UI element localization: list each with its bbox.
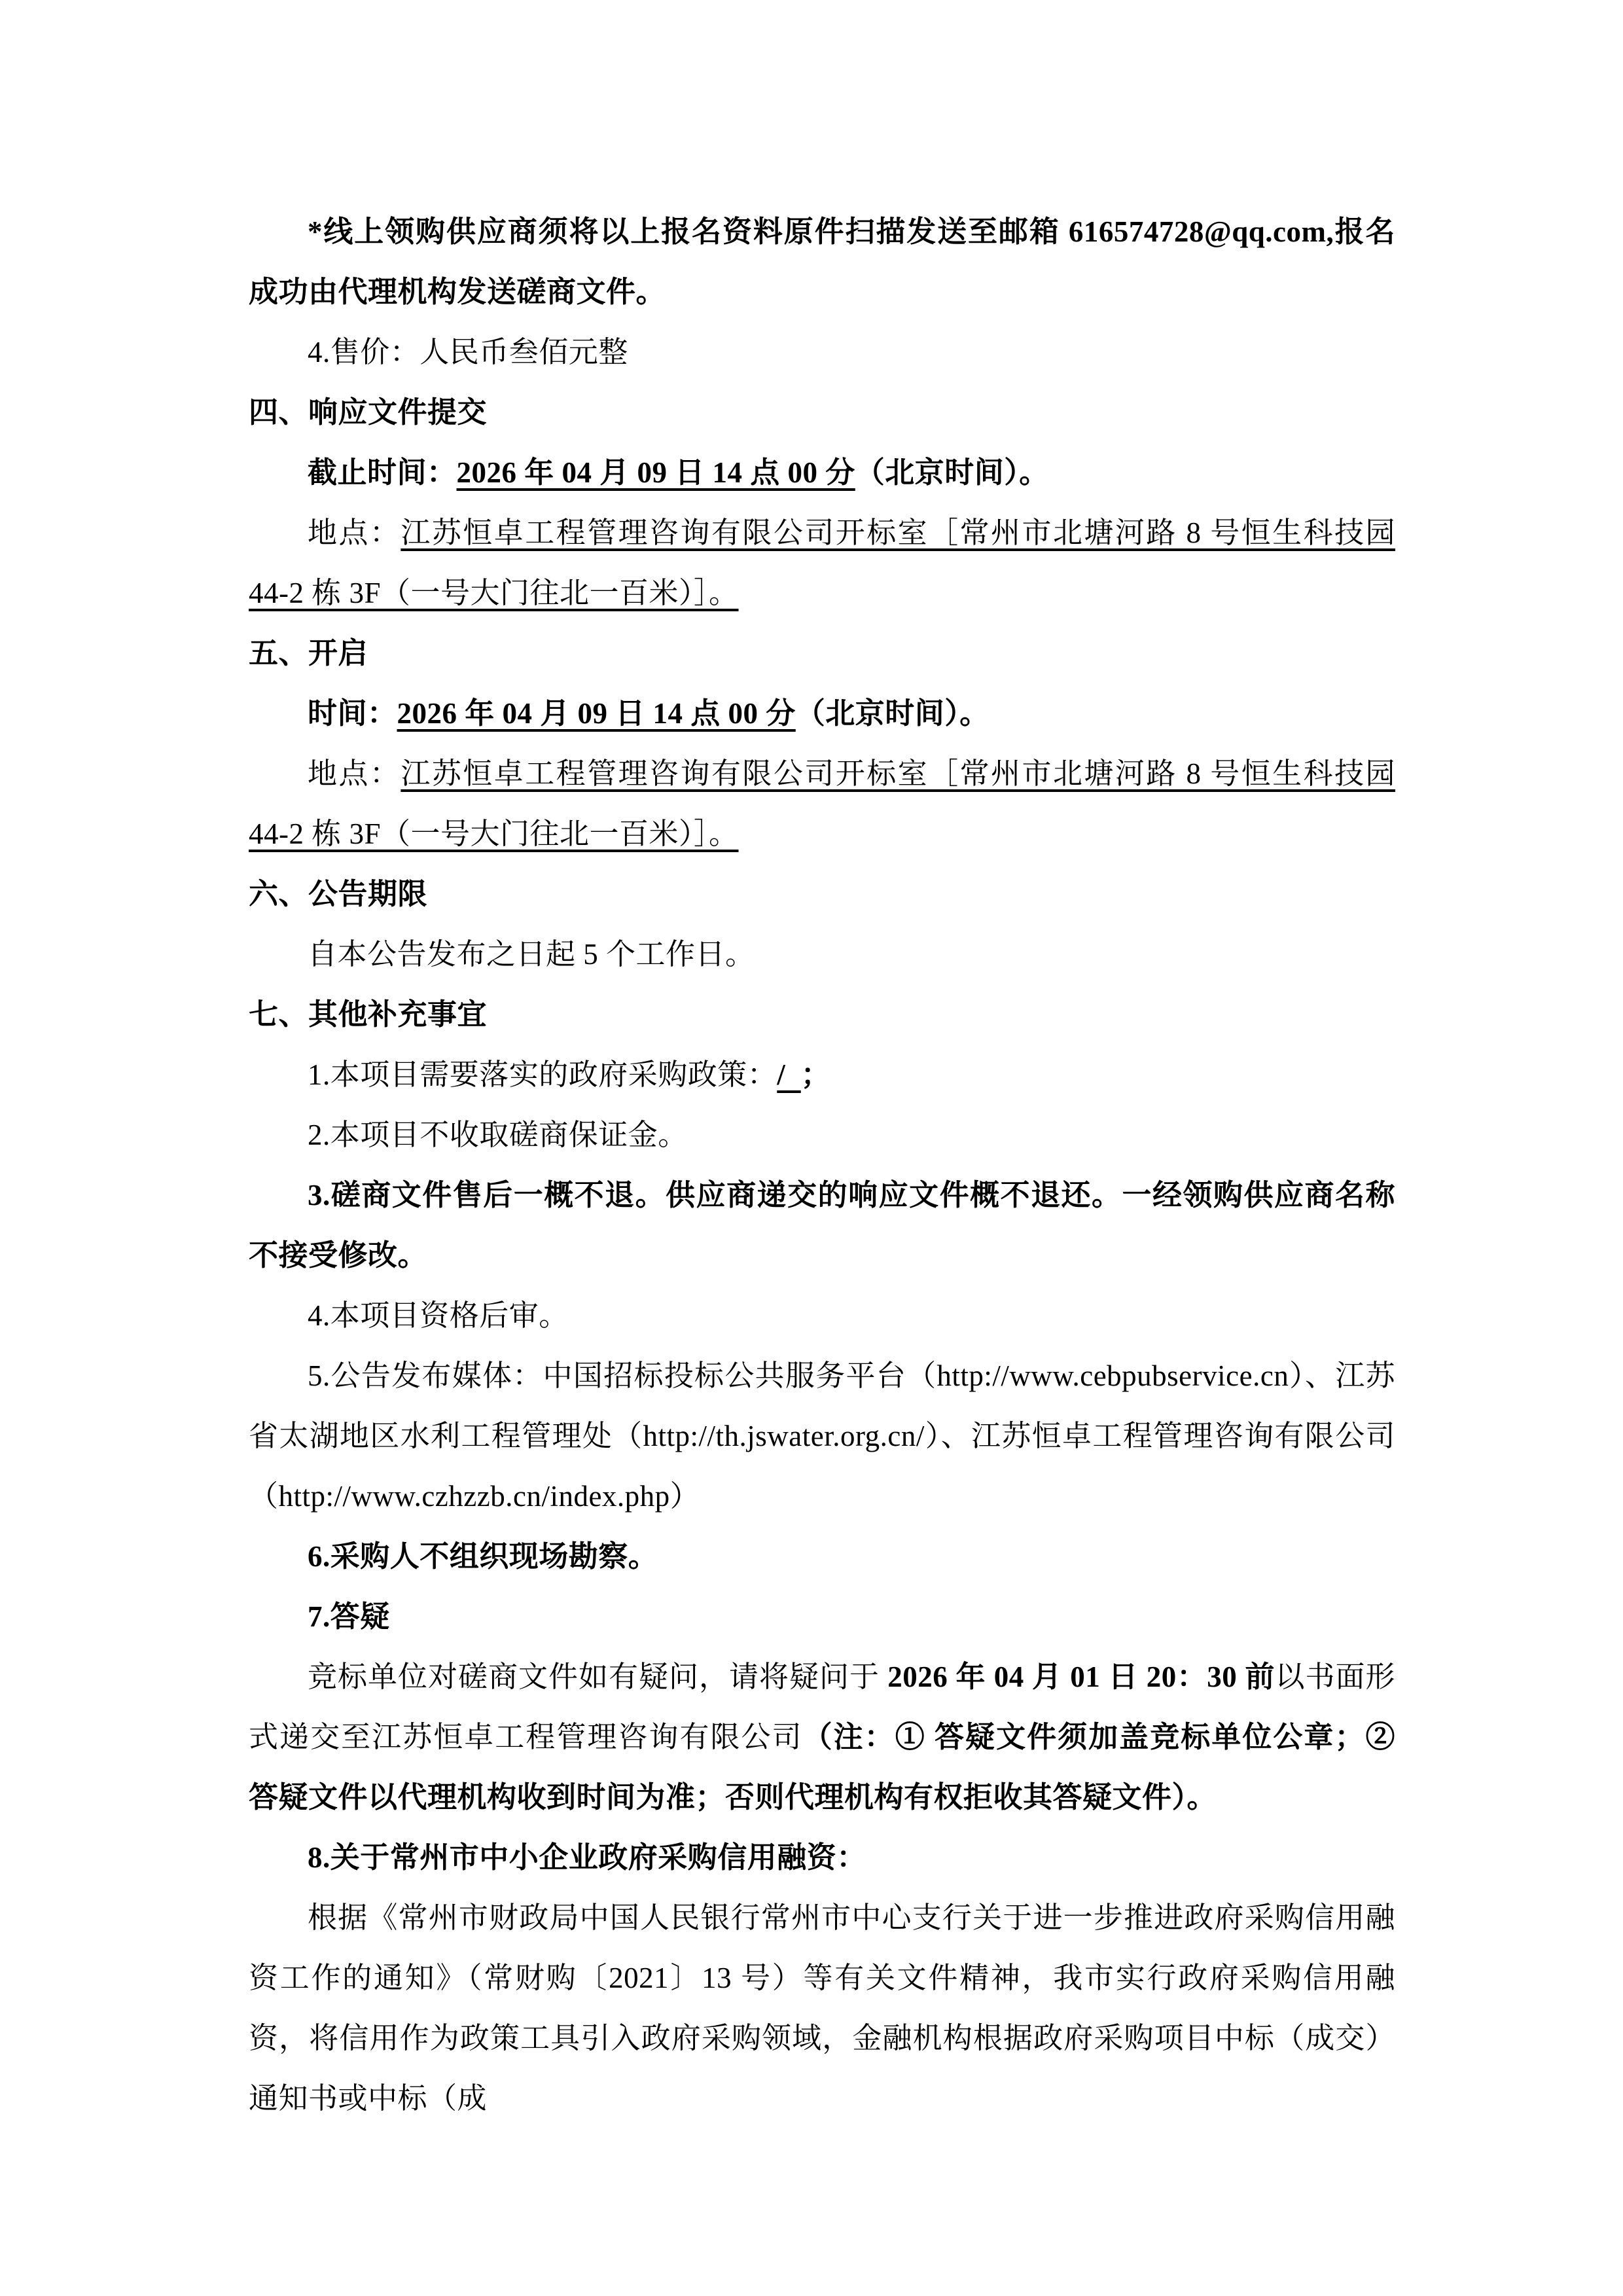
paragraph: 2.本项目不收取磋商保证金。: [249, 1105, 1395, 1165]
text-run: /: [777, 1058, 801, 1091]
text-run: 3.磋商文件售后一概不退。供应商递交的响应文件概不退还。一经领购供应商名称不接受…: [249, 1179, 1395, 1272]
text-run: 六、公告期限: [249, 878, 427, 910]
paragraph: 自本公告发布之日起 5 个工作日。: [249, 924, 1395, 984]
text-run: 1.本项目需要落实的政府采购政策：: [308, 1058, 777, 1091]
text-run: 8.关于常州市中小企业政府采购信用融资：: [308, 1841, 866, 1874]
text-run: 地点：: [308, 757, 401, 790]
paragraph: 地点：江苏恒卓工程管理咨询有限公司开标室［常州市北塘河路 8 号恒生科技园 44…: [249, 503, 1395, 623]
paragraph: 3.磋商文件售后一概不退。供应商递交的响应文件概不退还。一经领购供应商名称不接受…: [249, 1165, 1395, 1285]
text-run: 4.本项目资格后审。: [308, 1299, 569, 1332]
paragraph: 根据《常州市财政局中国人民银行常州市中心支行关于进一步推进政府采购信用融资工作的…: [249, 1888, 1395, 2128]
text-run: 2026 年 04 月 09 日 14 点 00 分: [457, 456, 855, 489]
text-run: 四、响应文件提交: [249, 396, 487, 429]
text-run: ；: [801, 1058, 831, 1091]
section-heading: 四、响应文件提交: [249, 382, 1395, 442]
text-run: 七、其他补充事宜: [249, 998, 487, 1031]
text-run: 4.售价：人民币叁佰元整: [308, 336, 628, 368]
document-page: *线上领购供应商须将以上报名资料原件扫描发送至邮箱 616574728@qq.c…: [0, 0, 1623, 2296]
text-run: 6.采购人不组织现场勘察。: [308, 1540, 658, 1573]
text-run: （北京时间）。: [855, 456, 1049, 489]
text-run: 时间：: [308, 697, 397, 730]
text-run: 7.答疑: [308, 1600, 390, 1633]
text-run: （北京时间）。: [796, 697, 990, 730]
paragraph: 1.本项目需要落实的政府采购政策：/ ；: [249, 1045, 1395, 1105]
paragraph: 地点：江苏恒卓工程管理咨询有限公司开标室［常州市北塘河路 8 号恒生科技园 44…: [249, 744, 1395, 864]
paragraph: 4.售价：人民币叁佰元整: [249, 322, 1395, 382]
paragraph: 8.关于常州市中小企业政府采购信用融资：: [249, 1827, 1395, 1888]
text-run: 根据《常州市财政局中国人民银行常州市中心支行关于进一步推进政府采购信用融资工作的…: [249, 1901, 1395, 2115]
text-run: 自本公告发布之日起 5 个工作日。: [308, 938, 755, 971]
paragraph: 竞标单位对磋商文件如有疑问，请将疑问于 2026 年 04 月 01 日 20：…: [249, 1647, 1395, 1827]
text-run: 截止时间：: [308, 456, 457, 489]
text-run: 2026 年 04 月 01 日 20：30 前: [887, 1660, 1275, 1693]
paragraph: 7.答疑: [249, 1587, 1395, 1647]
text-run: 江苏恒卓工程管理咨询有限公司开标室［常州市北塘河路 8 号恒生科技园 44-2 …: [249, 516, 1395, 609]
section-heading: 五、开启: [249, 623, 1395, 683]
paragraph: *线上领购供应商须将以上报名资料原件扫描发送至邮箱 616574728@qq.c…: [249, 202, 1395, 322]
text-run: 2026 年 04 月 09 日 14 点 00 分: [397, 697, 796, 730]
paragraph: 6.采购人不组织现场勘察。: [249, 1526, 1395, 1587]
paragraph: 时间：2026 年 04 月 09 日 14 点 00 分（北京时间）。: [249, 683, 1395, 744]
document-body: *线上领购供应商须将以上报名资料原件扫描发送至邮箱 616574728@qq.c…: [249, 0, 1395, 2128]
section-heading: 七、其他补充事宜: [249, 984, 1395, 1045]
text-run: 2.本项目不收取磋商保证金。: [308, 1119, 688, 1151]
text-run: 五、开启: [249, 637, 368, 670]
paragraph: 截止时间：2026 年 04 月 09 日 14 点 00 分（北京时间）。: [249, 442, 1395, 503]
text-run: 竞标单位对磋商文件如有疑问，请将疑问于: [308, 1660, 887, 1693]
paragraph: 5.公告发布媒体：中国招标投标公共服务平台（http://www.cebpubs…: [249, 1346, 1395, 1526]
text-run: 5.公告发布媒体：中国招标投标公共服务平台（http://www.cebpubs…: [249, 1359, 1395, 1513]
section-heading: 六、公告期限: [249, 864, 1395, 924]
text-run: 地点：: [308, 516, 401, 549]
text-run: 江苏恒卓工程管理咨询有限公司开标室［常州市北塘河路 8 号恒生科技园 44-2 …: [249, 757, 1395, 850]
paragraph: 4.本项目资格后审。: [249, 1285, 1395, 1346]
text-run: *线上领购供应商须将以上报名资料原件扫描发送至邮箱 616574728@qq.c…: [249, 215, 1395, 308]
